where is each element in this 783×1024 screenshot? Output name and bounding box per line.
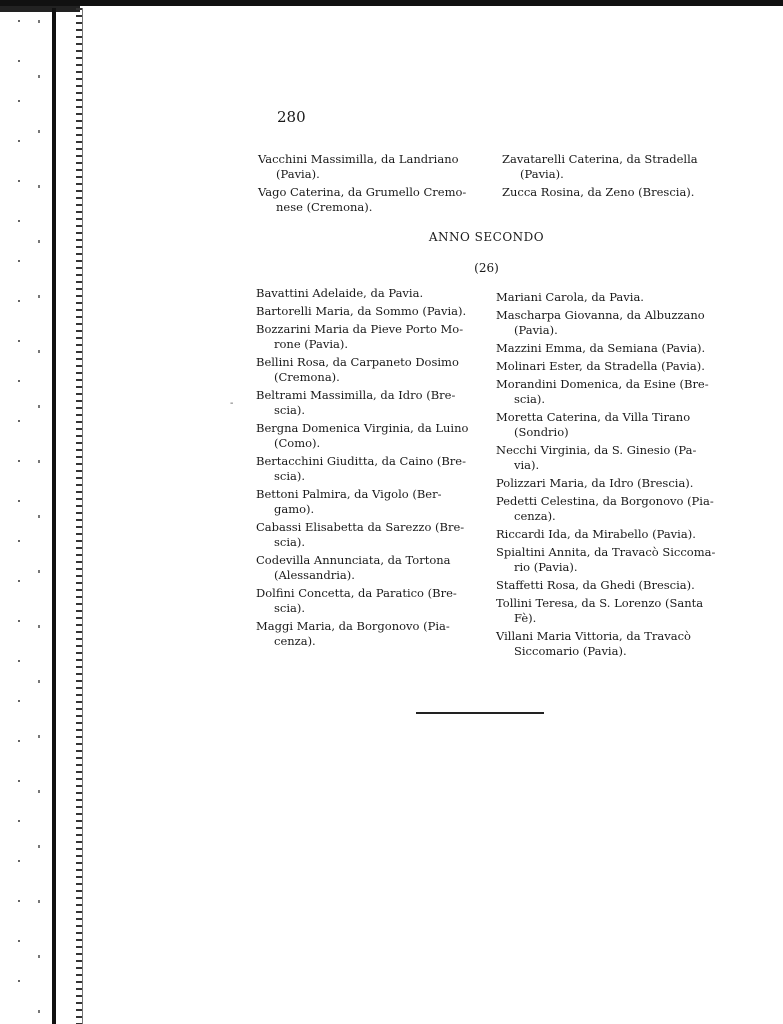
list-entry: Dolfini Concetta, da Paratico (Bre-scia)…: [256, 586, 484, 616]
list-entry: Moretta Caterina, da Villa Tirano(Sondri…: [496, 410, 728, 440]
binding-speckle: [18, 20, 20, 1020]
binding-speckle: [38, 20, 40, 1020]
list-entry: Riccardi Ida, da Mirabello (Pavia).: [496, 527, 728, 542]
list-entry: Vacchini Massimilla, da Landriano(Pavia)…: [258, 152, 483, 182]
list-entry: Codevilla Annunciata, da Tortona(Alessan…: [256, 553, 484, 583]
list-entry: Bellini Rosa, da Carpaneto Dosimo(Cremon…: [256, 355, 484, 385]
margin-mark: -: [230, 398, 233, 409]
list-entry: Bavattini Adelaide, da Pavia.: [256, 286, 484, 301]
list-entry: Vago Caterina, da Grumello Cremo-nese (C…: [258, 185, 483, 215]
list-entry: Cabassi Elisabetta da Sarezzo (Bre-scia)…: [256, 520, 484, 550]
list-entry: Beltrami Massimilla, da Idro (Bre-scia).: [256, 388, 484, 418]
list-entry: Mascharpa Giovanna, da Albuzzano(Pavia).: [496, 308, 728, 338]
list-entry: Zavatarelli Caterina, da Stradella(Pavia…: [502, 152, 727, 182]
list-entry: Spialtini Annita, da Travacò Siccoma-rio…: [496, 545, 728, 575]
student-list-right: Mariani Carola, da Pavia. Mascharpa Giov…: [496, 290, 728, 662]
list-entry: Necchi Virginia, da S. Ginesio (Pa-via).: [496, 443, 728, 473]
list-entry: Morandini Domenica, da Esine (Bre-scia).: [496, 377, 728, 407]
list-entry: Mariani Carola, da Pavia.: [496, 290, 728, 305]
book-spine-edge: [52, 8, 56, 1024]
list-entry: Polizzari Maria, da Idro (Brescia).: [496, 476, 728, 491]
list-entry: Bettoni Palmira, da Vigolo (Ber-gamo).: [256, 487, 484, 517]
section-heading: ANNO SECONDO: [0, 230, 783, 244]
page-gutter-line: [82, 8, 83, 1024]
list-entry: Staffetti Rosa, da Ghedi (Brescia).: [496, 578, 728, 593]
top-list-left: Vacchini Massimilla, da Landriano(Pavia)…: [258, 152, 483, 218]
list-entry: Bergna Domenica Virginia, da Luino(Como)…: [256, 421, 484, 451]
list-entry: Maggi Maria, da Borgonovo (Pia-cenza).: [256, 619, 484, 649]
page-corner-shadow: [0, 6, 80, 12]
list-entry: Bartorelli Maria, da Sommo (Pavia).: [256, 304, 484, 319]
list-entry: Pedetti Celestina, da Borgonovo (Pia-cen…: [496, 494, 728, 524]
list-entry: Tollini Teresa, da S. Lorenzo (SantaFè).: [496, 596, 728, 626]
end-rule-divider: [416, 712, 544, 714]
scanned-book-page: 280 Vacchini Massimilla, da Landriano(Pa…: [0, 0, 783, 1024]
list-entry: Mazzini Emma, da Semiana (Pavia).: [496, 341, 728, 356]
section-count: (26): [0, 261, 783, 275]
page-number: 280: [277, 108, 306, 126]
student-list-left: Bavattini Adelaide, da Pavia. Bartorelli…: [256, 286, 484, 652]
list-entry: Bozzarini Maria da Pieve Porto Mo-rone (…: [256, 322, 484, 352]
list-entry: Bertacchini Giuditta, da Caino (Bre-scia…: [256, 454, 484, 484]
list-entry: Zucca Rosina, da Zeno (Brescia).: [502, 185, 727, 200]
page-top-edge: [0, 0, 783, 6]
list-entry: Villani Maria Vittoria, da TravacòSiccom…: [496, 629, 728, 659]
top-list-right: Zavatarelli Caterina, da Stradella(Pavia…: [502, 152, 727, 203]
list-entry: Molinari Ester, da Stradella (Pavia).: [496, 359, 728, 374]
